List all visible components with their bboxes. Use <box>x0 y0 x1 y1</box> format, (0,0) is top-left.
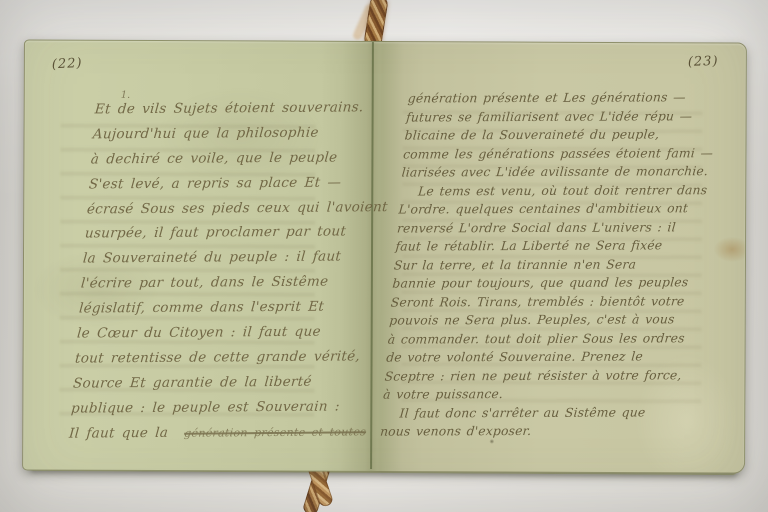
manuscript-line: Le tems est venu, où tout doit rentrer d… <box>399 181 749 201</box>
manuscript-line: législatif, comme dans l'esprit Et <box>78 294 381 321</box>
manuscript-book: (22) 1. Et de vils Sujets étoient souver… <box>22 39 747 473</box>
manuscript-line: blicaine de la Souveraineté du peuple, <box>404 125 754 145</box>
manuscript-line: liarisées avec L'idée avilissante de mon… <box>401 162 751 182</box>
manuscript-line: tout retentisse de cette grande vérité, <box>74 344 377 371</box>
manuscript-line: publique : le peuple est Souverain : <box>70 394 373 421</box>
manuscript-line: Sceptre : rien ne peut résister à votre … <box>384 366 734 386</box>
manuscript-line: Et de vils Sujets étoient souverains. <box>94 95 397 122</box>
manuscript-line: usurpée, il faut proclamer par tout <box>84 220 387 247</box>
page-number-right: (23) <box>688 54 719 70</box>
manuscript-line: Source Et garantie de la liberté <box>72 369 375 396</box>
manuscript-line: la Souveraineté du peuple : il faut <box>82 244 385 271</box>
manuscript-line: L'ordre. quelques centaines d'ambitieux … <box>398 199 748 219</box>
manuscript-line: de votre volonté Souveraine. Prenez le <box>386 347 736 367</box>
left-page-text: Et de vils Sujets étoient souverains. Au… <box>68 95 397 446</box>
manuscript-line: faut le rétablir. La Liberté ne Sera fix… <box>395 236 745 256</box>
last-line-text: Il faut que la <box>68 424 168 441</box>
manuscript-line: Il faut donc s'arrêter au Sistême que <box>381 403 731 423</box>
paragraph: génération présente et Les générations —… <box>401 88 757 182</box>
paragraph: Il faut donc s'arrêter au Sistême que no… <box>379 403 730 442</box>
manuscript-line: S'est levé, a repris sa place Et — <box>88 170 391 197</box>
struck-text: génération présente et toutes <box>184 425 367 439</box>
manuscript-line: nous venons d'exposer. <box>379 421 729 441</box>
manuscript-line: pouvois ne Sera plus. Peuples, c'est à v… <box>389 310 739 330</box>
manuscript-line: à votre puissance. <box>382 384 732 404</box>
page-number-left: (22) <box>51 56 82 72</box>
manuscript-line: Sur la terre, et la tirannie n'en Sera <box>393 255 743 275</box>
manuscript-line: génération présente et Les générations — <box>407 88 757 108</box>
manuscript-line: écrasé Sous ses pieds ceux qui l'avoient <box>86 195 389 222</box>
manuscript-line: à commander. tout doit plier Sous les or… <box>387 329 737 349</box>
manuscript-line: Seront Rois. Tirans, tremblés : bientôt … <box>390 292 740 312</box>
manuscript-line: le Cœur du Citoyen : il faut que <box>76 319 379 346</box>
manuscript-line: futures se familiarisent avec L'idée rép… <box>406 106 756 126</box>
manuscript-line: Aujourd'hui que la philosophie <box>92 120 395 147</box>
manuscript-line: l'écrire par tout, dans le Sistême <box>80 269 383 296</box>
right-page-text: génération présente et Les générations —… <box>379 88 756 441</box>
manuscript-line-with-strikeout: Il faut que la génération présente et to… <box>68 419 371 446</box>
manuscript-photo: (22) 1. Et de vils Sujets étoient souver… <box>0 0 768 512</box>
manuscript-line: à dechiré ce voile, que le peuple <box>90 145 393 172</box>
manuscript-line: bannie pour toujours, que quand les peup… <box>392 273 742 293</box>
manuscript-line: comme les générations passées étoient fa… <box>402 143 752 163</box>
paragraph: Le tems est venu, où tout doit rentrer d… <box>382 181 748 405</box>
manuscript-line: renversé L'ordre Social dans L'univers :… <box>396 218 746 238</box>
